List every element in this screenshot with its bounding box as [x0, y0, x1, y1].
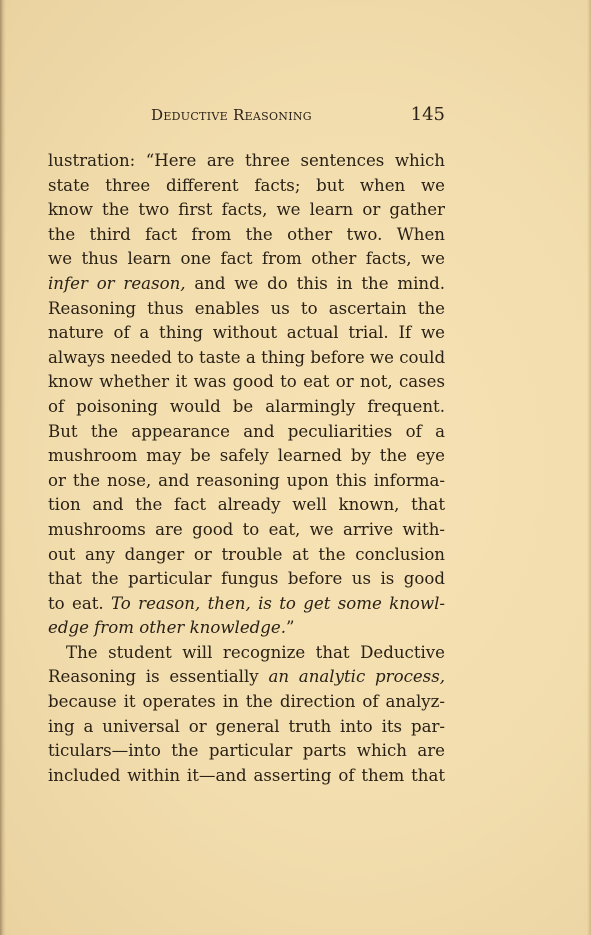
text-line: always needed to taste a thing before we… — [48, 346, 445, 371]
italic-text: edge from other knowledge. — [48, 618, 286, 637]
text-segment: know whether it was good to eat or not, … — [48, 372, 445, 391]
text-line: mushrooms are good to eat, we arrive wit… — [48, 518, 445, 543]
running-title: Deductive Reasoning — [151, 106, 312, 124]
body-text: lustration: “Here are three sentences wh… — [48, 149, 445, 788]
italic-text: an analytic process, — [268, 667, 445, 686]
text-segment: state three different facts; but when we — [48, 176, 445, 195]
text-line: infer or reason, and we do this in the m… — [48, 272, 445, 297]
running-head: Deductive Reasoning 145 — [151, 104, 445, 132]
text-segment: But the appearance and peculiarities of … — [48, 422, 445, 441]
text-line: ticulars—into the particular parts which… — [48, 739, 445, 764]
text-segment: know the two first facts, we learn or ga… — [48, 200, 445, 219]
text-segment: mushrooms are good to eat, we arrive wit… — [48, 520, 445, 539]
text-segment: ticulars—into the particular parts which… — [48, 741, 445, 760]
text-segment: to eat. — [48, 594, 111, 613]
text-segment: out any danger or trouble at the conclus… — [48, 545, 445, 564]
text-line: because it operates in the direction of … — [48, 690, 445, 715]
text-segment: we thus learn one fact from other facts,… — [48, 249, 445, 268]
text-segment: lustration: “Here are three sentences wh… — [48, 151, 445, 170]
text-line: included within it—and asserting of them… — [48, 764, 445, 789]
text-line: tion and the fact already well known, th… — [48, 493, 445, 518]
text-line: But the appearance and peculiarities of … — [48, 420, 445, 445]
italic-text: To reason, then, is to get some knowl- — [111, 594, 445, 613]
book-page: Deductive Reasoning 145 lustration: “Her… — [0, 0, 591, 935]
text-segment: ” — [286, 618, 294, 637]
text-line: know the two first facts, we learn or ga… — [48, 198, 445, 223]
text-line: or the nose, and reasoning upon this inf… — [48, 469, 445, 494]
paragraph: lustration: “Here are three sentences wh… — [48, 149, 445, 641]
text-line: the third fact from the other two. When — [48, 223, 445, 248]
text-line: Reasoning is essentially an analytic pro… — [48, 665, 445, 690]
text-line: state three different facts; but when we — [48, 174, 445, 199]
text-line: that the particular fungus before us is … — [48, 567, 445, 592]
text-line: of poisoning would be alarmingly frequen… — [48, 395, 445, 420]
italic-text: infer or reason, — [48, 274, 186, 293]
text-segment: always needed to taste a thing before we… — [48, 348, 445, 367]
text-segment: and we do this in the mind. — [186, 274, 445, 293]
text-segment: mushroom may be safely learned by the ey… — [48, 446, 445, 465]
text-line: lustration: “Here are three sentences wh… — [48, 149, 445, 174]
text-segment: that the particular fungus before us is … — [48, 569, 445, 588]
text-segment: Reasoning thus enables us to ascertain t… — [48, 299, 445, 318]
text-line: we thus learn one fact from other facts,… — [48, 247, 445, 272]
text-segment: tion and the fact already well known, th… — [48, 495, 445, 514]
text-line: mushroom may be safely learned by the ey… — [48, 444, 445, 469]
page-number: 145 — [411, 104, 445, 125]
text-line: Reasoning thus enables us to ascertain t… — [48, 297, 445, 322]
text-line: nature of a thing without actual trial. … — [48, 321, 445, 346]
text-segment: The student will recognize that Deductiv… — [66, 643, 445, 662]
text-segment: nature of a thing without actual trial. … — [48, 323, 445, 342]
text-segment: Reasoning is essentially — [48, 667, 268, 686]
text-line: ing a universal or general truth into it… — [48, 715, 445, 740]
text-segment: of poisoning would be alarmingly frequen… — [48, 397, 445, 416]
text-segment: included within it—and asserting of them… — [48, 766, 445, 785]
text-segment: ing a universal or general truth into it… — [48, 717, 445, 736]
text-line: The student will recognize that Deductiv… — [48, 641, 445, 666]
text-line: know whether it was good to eat or not, … — [48, 370, 445, 395]
text-line: out any danger or trouble at the conclus… — [48, 543, 445, 568]
text-line: edge from other knowledge.” — [48, 616, 445, 641]
text-segment: or the nose, and reasoning upon this inf… — [48, 471, 445, 490]
text-segment: because it operates in the direction of … — [48, 692, 445, 711]
paragraph: The student will recognize that Deductiv… — [48, 641, 445, 789]
text-line: to eat. To reason, then, is to get some … — [48, 592, 445, 617]
text-segment: the third fact from the other two. When — [48, 225, 445, 244]
